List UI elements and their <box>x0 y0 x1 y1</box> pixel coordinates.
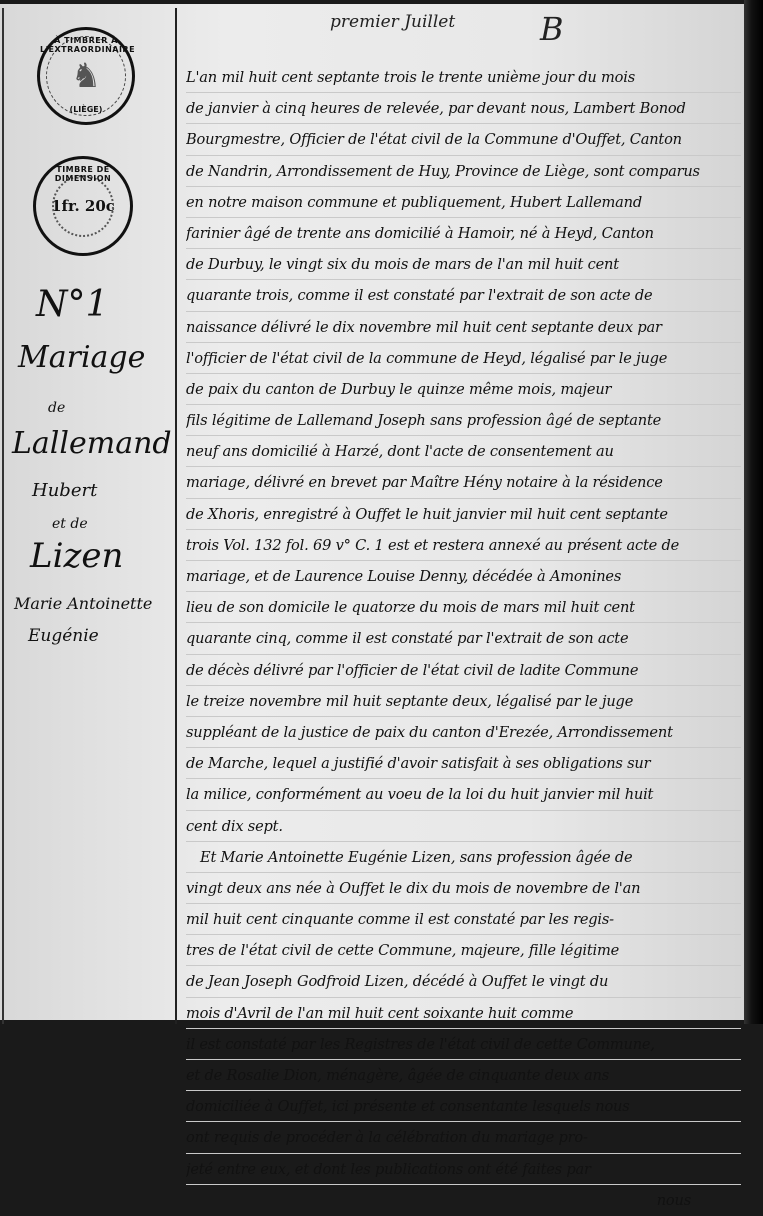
text-line: quarante cinq, comme il est constaté par… <box>186 623 741 654</box>
text-line: cent dix sept. <box>186 811 741 842</box>
text-line: mil huit cent cinquante comme il est con… <box>186 904 741 935</box>
text-line: de Xhoris, enregistré à Ouffet le huit j… <box>186 499 741 530</box>
margin-rule <box>175 8 177 1024</box>
groom-given-name: Hubert <box>32 480 97 501</box>
text-line: Et Marie Antoinette Eugénie Lizen, sans … <box>186 842 741 873</box>
record-number: N°1 <box>36 284 108 325</box>
text-line: de paix du canton de Durbuy le quinze mê… <box>186 374 741 405</box>
dimension-stamp: TIMBRE DE DIMENSION 1fr. 20c <box>33 156 133 256</box>
page-edge-shadow <box>744 0 763 1024</box>
text-line: vingt deux ans née à Ouffet le dix du mo… <box>186 873 741 904</box>
text-line: le treize novembre mil huit septante deu… <box>186 686 741 717</box>
header-note: premier Juillet <box>330 12 455 32</box>
left-border-rule <box>2 8 4 1024</box>
bride-given-name-2: Eugénie <box>28 626 99 646</box>
text-line: de Marche, lequel a justifié d'avoir sat… <box>186 748 741 779</box>
paraph-signature: B <box>540 10 564 48</box>
record-body: L'an mil huit cent septante trois le tre… <box>186 62 741 1024</box>
text-line: suppléant de la justice de paix du canto… <box>186 717 741 748</box>
stamp-arc-text: À TIMBRER À L'EXTRAORDINAIRE <box>40 36 132 54</box>
text-line: de Nandrin, Arrondissement de Huy, Provi… <box>186 156 741 187</box>
bride-surname: Lizen <box>30 536 123 576</box>
text-line: neuf ans domicilié à Harzé, dont l'acte … <box>186 436 741 467</box>
register-page: À TIMBRER À L'EXTRAORDINAIRE ♞ (LIÈGE) T… <box>0 4 750 1020</box>
text-line: mariage, délivré en brevet par Maître Hé… <box>186 467 741 498</box>
text-line: de janvier à cinq heures de relevée, par… <box>186 93 741 124</box>
groom-surname: Lallemand <box>12 426 172 461</box>
margin-et-de: et de <box>52 516 88 532</box>
text-line: mariage, et de Laurence Louise Denny, dé… <box>186 561 741 592</box>
text-line: naissance délivré le dix novembre mil hu… <box>186 312 741 343</box>
text-line: en notre maison commune et publiquement,… <box>186 187 741 218</box>
text-line: la milice, conformément au voeu de la lo… <box>186 779 741 810</box>
stamp-arc-text: TIMBRE DE DIMENSION <box>36 165 130 183</box>
text-line: Bourgmestre, Officier de l'état civil de… <box>186 124 741 155</box>
stamp-bottom-text: (LIÈGE) <box>40 105 132 114</box>
text-line: de décès délivré par l'officier de l'éta… <box>186 655 741 686</box>
text-line: farinier âgé de trente ans domicilié à H… <box>186 218 741 249</box>
text-line: tres de l'état civil de cette Commune, m… <box>186 935 741 966</box>
record-title: Mariage <box>18 340 145 375</box>
margin-de: de <box>48 400 65 416</box>
text-line: fils légitime de Lallemand Joseph sans p… <box>186 405 741 436</box>
bride-given-names: Marie Antoinette <box>14 594 152 613</box>
text-line: mois d'Avril de l'an mil huit cent soixa… <box>186 998 741 1024</box>
text-line: L'an mil huit cent septante trois le tre… <box>186 62 741 93</box>
text-line: l'officier de l'état civil de la commune… <box>186 343 741 374</box>
text-line: quarante trois, comme il est constaté pa… <box>186 280 741 311</box>
text-line: lieu de son domicile le quatorze du mois… <box>186 592 741 623</box>
text-line: trois Vol. 132 fol. 69 v° C. 1 est et re… <box>186 530 741 561</box>
text-line: de Durbuy, le vingt six du mois de mars … <box>186 249 741 280</box>
text-line: de Jean Joseph Godfroid Lizen, décédé à … <box>186 966 741 997</box>
extraordinary-stamp: À TIMBRER À L'EXTRAORDINAIRE ♞ (LIÈGE) <box>37 27 135 125</box>
wreath-icon <box>52 175 114 237</box>
